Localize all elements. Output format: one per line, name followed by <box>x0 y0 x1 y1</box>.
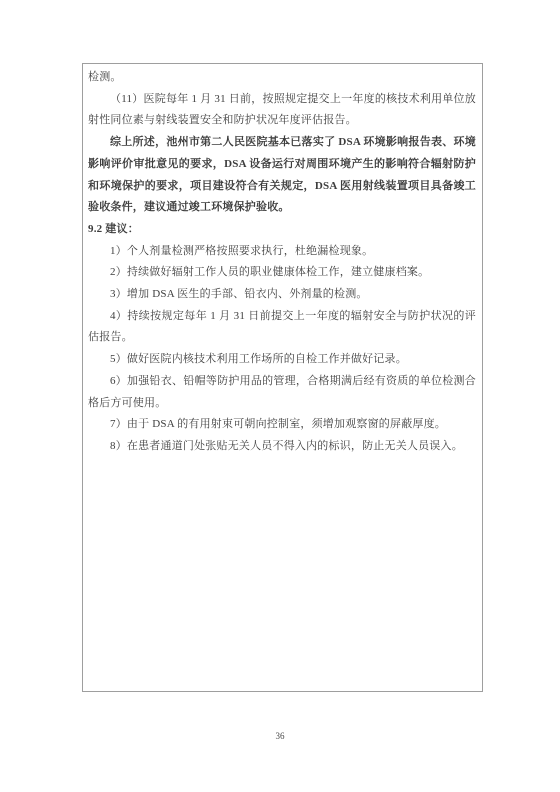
page-number: 36 <box>0 731 560 741</box>
document-page: 检测。 （11）医院每年 1 月 31 日前，按照规定提交上一年度的核技术利用单… <box>0 0 560 792</box>
suggestion-item-4: 4）持续按规定每年 1 月 31 日前提交上一年度的辐射安全与防护状况的评估报告… <box>88 306 476 349</box>
suggestion-item-1: 1）个人剂量检测严格按照要求执行，杜绝漏检现象。 <box>88 241 476 263</box>
suggestion-item-5: 5）做好医院内核技术利用工作场所的自检工作并做好记录。 <box>88 349 476 371</box>
section-heading-9-2: 9.2 建议： <box>88 219 476 241</box>
paragraph-continuation: 检测。 <box>88 67 476 89</box>
suggestion-item-2: 2）持续做好辐射工作人员的职业健康体检工作，建立健康档案。 <box>88 262 476 284</box>
paragraph-summary: 综上所述，池州市第二人民医院基本已落实了 DSA 环境影响报告表、环境影响评价审… <box>88 132 476 219</box>
paragraph-item-11: （11）医院每年 1 月 31 日前，按照规定提交上一年度的核技术利用单位放射性… <box>88 89 476 132</box>
suggestion-item-8: 8）在患者通道门处张贴无关人员不得入内的标识，防止无关人员误入。 <box>88 436 476 458</box>
suggestion-item-6: 6）加强铅衣、铅帽等防护用品的管理，合格期满后经有资质的单位检测合格后方可使用。 <box>88 371 476 414</box>
suggestion-item-3: 3）增加 DSA 医生的手部、铅衣内、外剂量的检测。 <box>88 284 476 306</box>
report-table-cell: 检测。 （11）医院每年 1 月 31 日前，按照规定提交上一年度的核技术利用单… <box>82 63 483 692</box>
suggestion-item-7: 7）由于 DSA 的有用射束可朝向控制室，须增加观察窗的屏蔽厚度。 <box>88 414 476 436</box>
